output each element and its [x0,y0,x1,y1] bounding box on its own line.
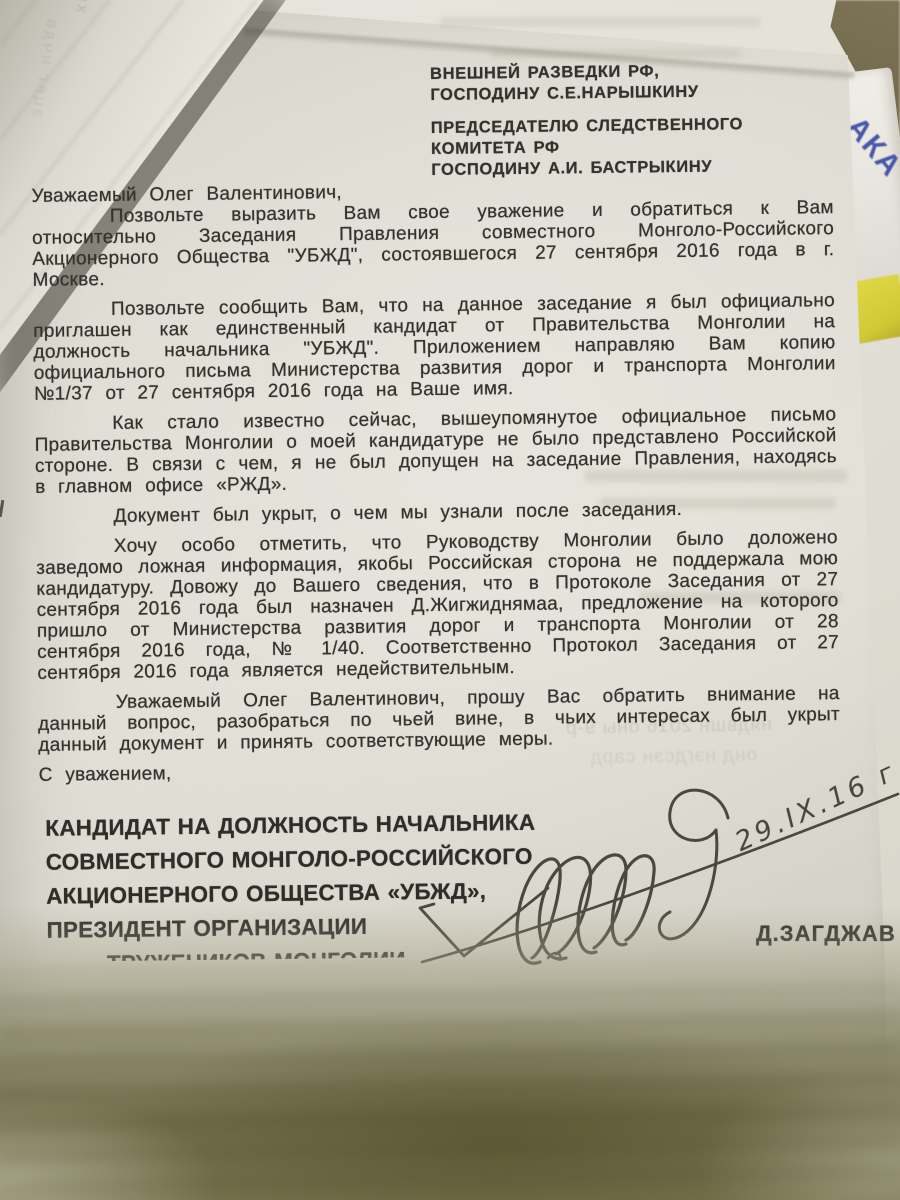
paragraph: Позвольте сообщить Вам, что на данное за… [33,290,836,405]
paragraph: Хочу особо отметить, что Руководству Мон… [36,527,840,684]
blurred-lower-page [0,905,900,1200]
paragraph: Как стало известно сейчас, вышеупомянуто… [34,404,837,498]
bleedthrough-smudge [490,50,740,57]
bleedthrough-smudge [440,18,760,26]
recipient-block: ВНЕШНЕЙ РАЗВЕДКИ РФ, ГОСПОДИНУ С.Е.НАРЫШ… [430,59,833,181]
photographed-letter: АКА ХИН-НН 2Ц2 ЗЦВГ НЧДВ нядвшн 2016 оны… [0,0,900,1200]
blurred-text-rows [0,945,900,1200]
paragraph: Позвольте выразить Вам свое уважение и о… [32,197,835,291]
paragraph: Уважаемый Олег Валентинович, прошу Вас о… [38,683,841,756]
paragraph: Документ был укрыт, о чем мы узнали посл… [35,497,837,528]
